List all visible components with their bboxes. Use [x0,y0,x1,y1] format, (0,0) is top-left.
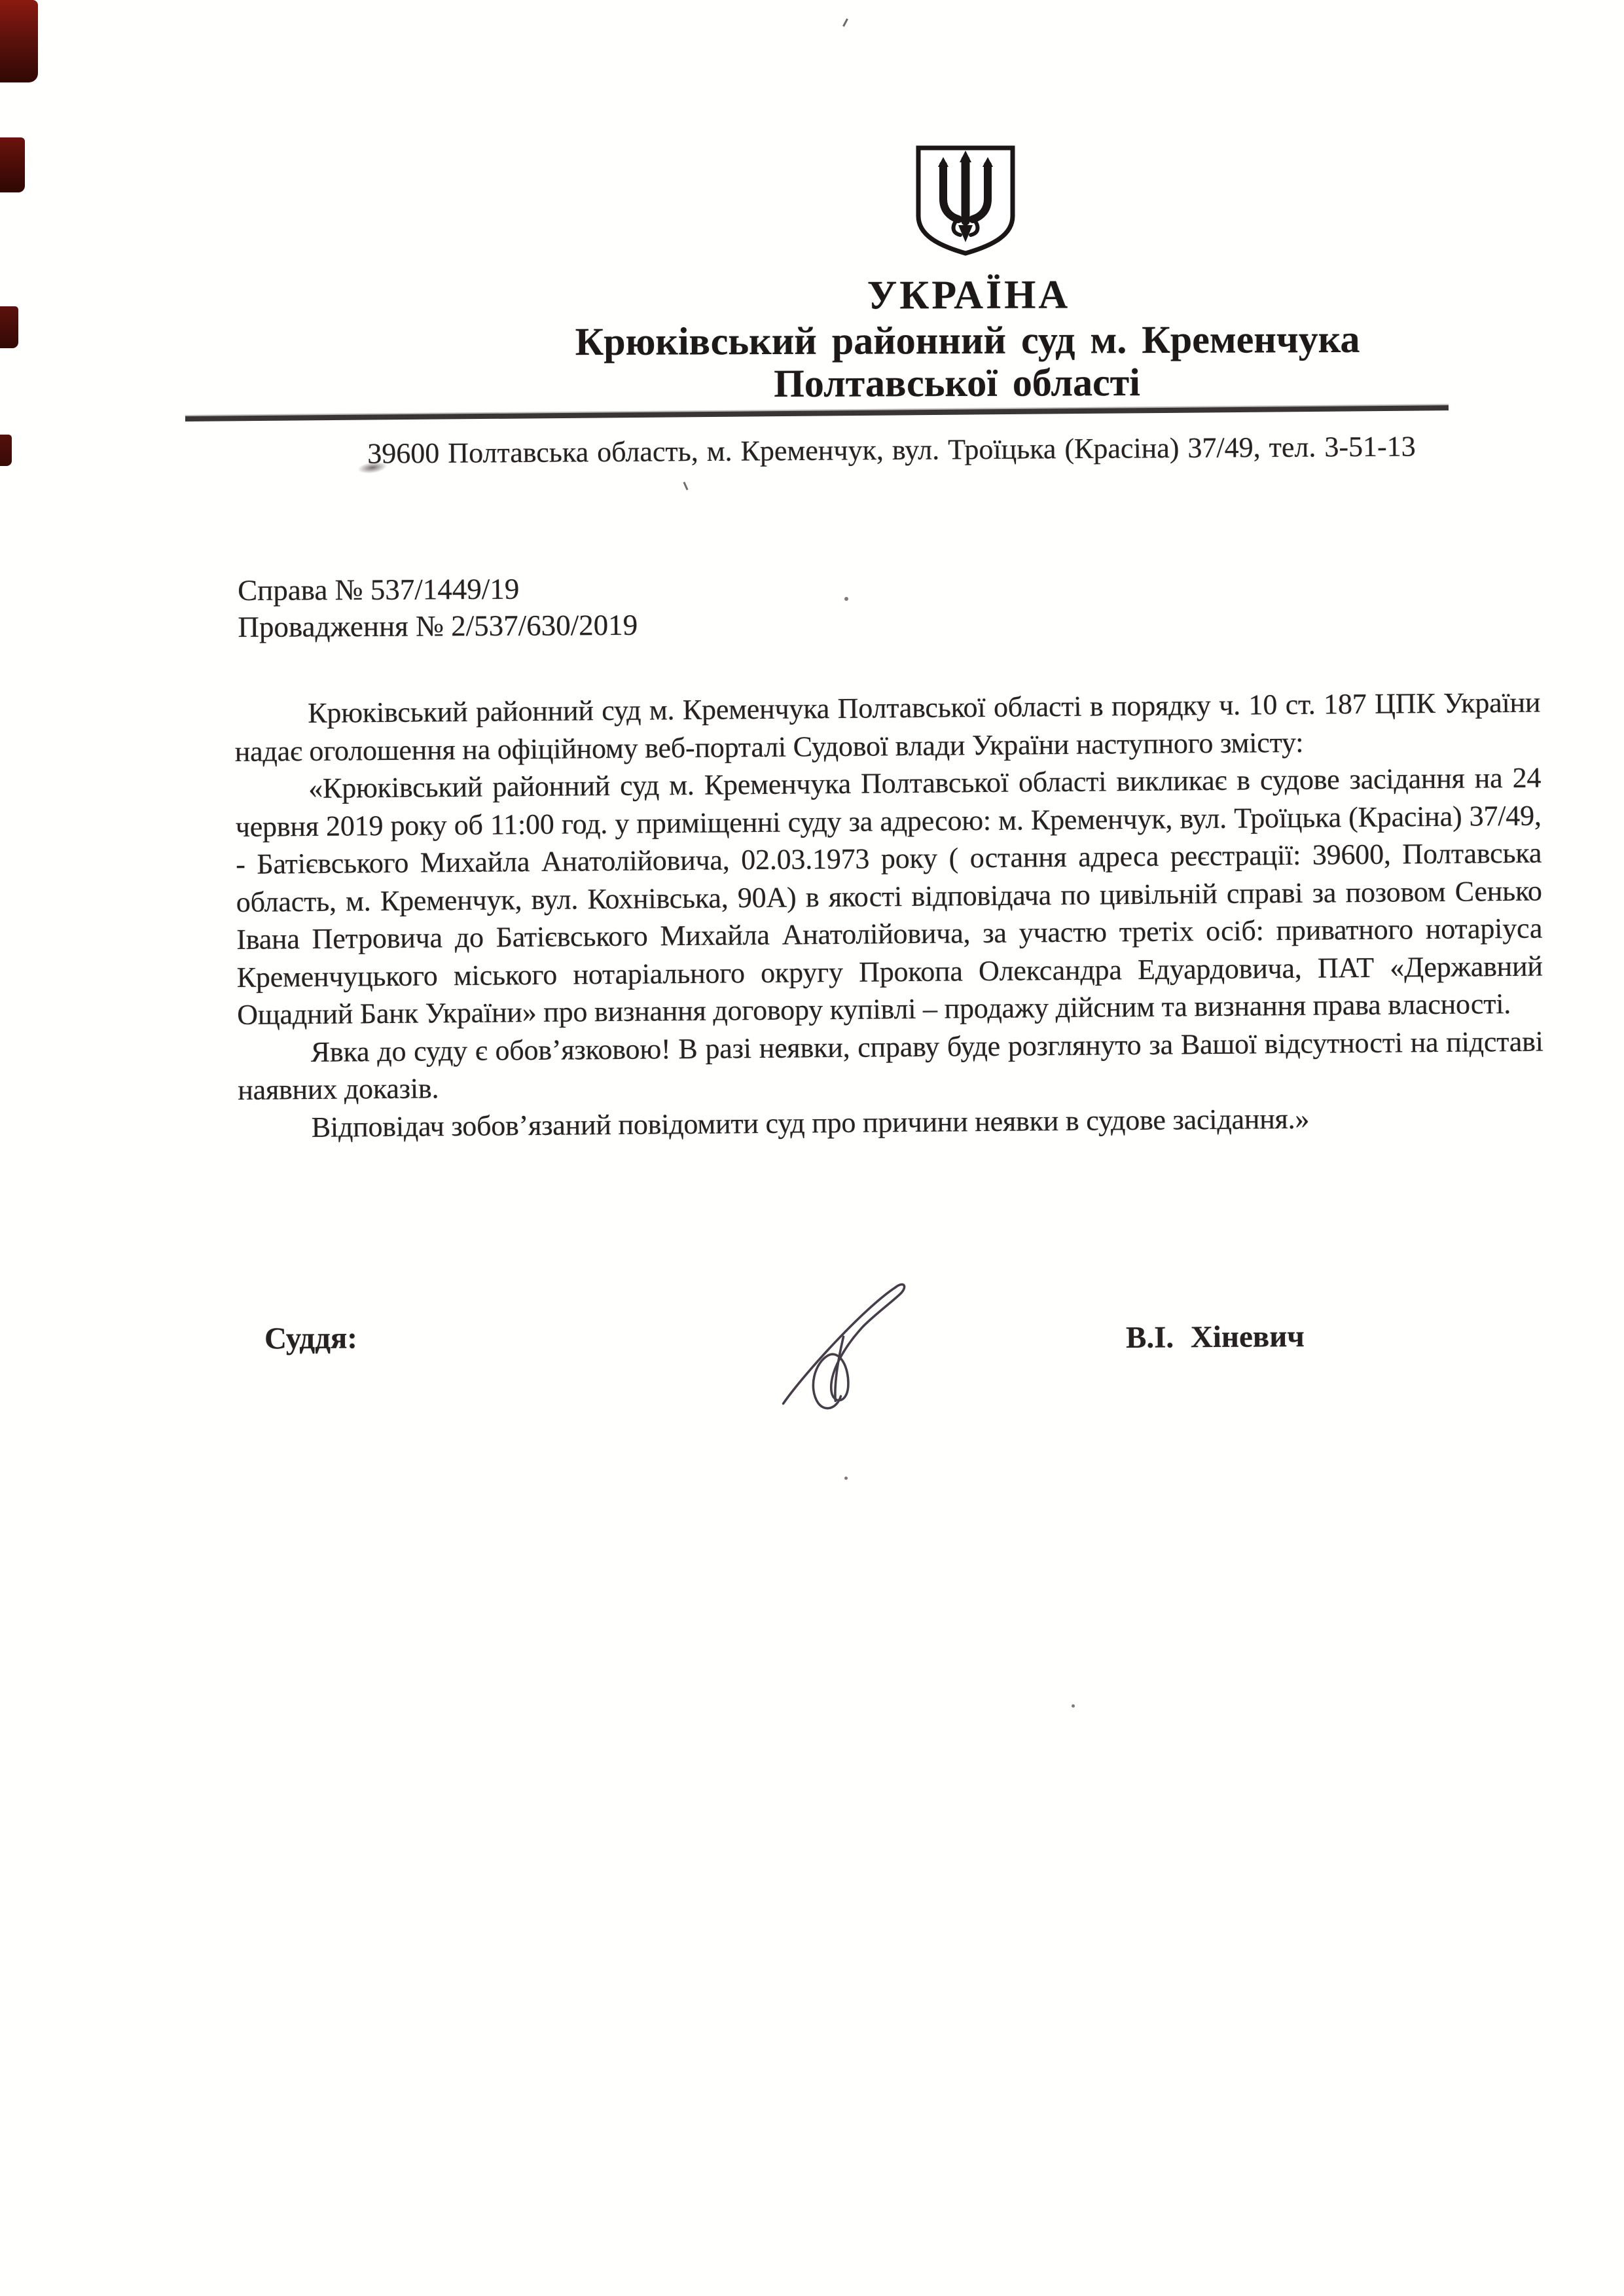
judge-name: В.І. Хіневич [1126,1319,1305,1355]
paragraph-attendance-warning: Явка до суду є обов’язковою! В разі неяв… [238,1022,1544,1109]
scanned-document-page: УКРАЇНА Крюківський районний суд м. Крем… [0,0,1624,2296]
scan-edge-artifact [0,137,25,192]
scan-speck [844,597,848,601]
handwritten-signature [765,1272,918,1413]
letterhead-divider-line [185,405,1449,422]
scan-speck [1072,1704,1075,1708]
judge-label: Суддя: [264,1321,357,1357]
proceeding-number-line: Провадження № 2/537/630/2019 [238,607,638,645]
announcement-text: Крюківський районний суд м. Кременчука П… [234,684,1544,1147]
paragraph-intro: Крюківський районний суд м. Кременчука П… [234,684,1541,770]
scan-edge-artifact [0,306,18,348]
case-number-line: Справа № 537/1449/19 [238,570,638,609]
case-info-block: Справа № 537/1449/19 Провадження № 2/537… [238,570,638,645]
scan-edge-artifact [0,435,12,466]
court-name-line2: Полтавської області [774,360,1140,406]
scan-smudge [357,460,388,475]
ukraine-trident-emblem-icon [913,143,1018,258]
scan-edge-artifact [0,0,38,82]
scan-speck [683,482,688,490]
paragraph-summons: «Крюківський районний суд м. Кременчука … [235,759,1543,1034]
scan-speck [844,1477,848,1480]
scan-speck [842,18,848,27]
court-name-line1: Крюківський районний суд м. Кременчука [575,317,1360,365]
country-title: УКРАЇНА [867,272,1071,319]
court-address-line: 39600 Полтавська область, м. Кременчук, … [367,429,1416,470]
